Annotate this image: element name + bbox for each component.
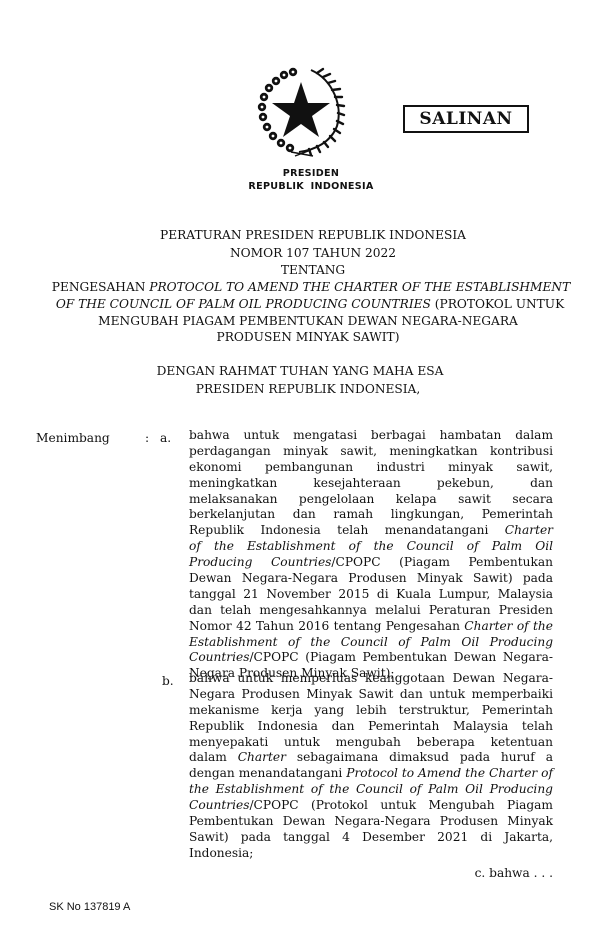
paragraph-line: Establishment of the Council of Palm Oil…: [189, 635, 553, 651]
item-marker-a: a.: [160, 431, 171, 445]
considering-paragraph-a: bahwa untuk mengatasi berbagai hambatan …: [189, 428, 553, 682]
paragraph-line: dengan menandatangani Protocol to Amend …: [189, 766, 553, 782]
paragraph-line: menyepakati untuk mengubah beberapa kete…: [189, 735, 553, 751]
paragraph-line: Dewan Negara-Negara Produsen Minyak Sawi…: [189, 571, 553, 587]
menimbang-label: Menimbang: [36, 431, 110, 445]
paragraph-line: Producing Countries/CPOPC (Piagam Pemben…: [189, 555, 553, 571]
paragraph-line: the Establishment of the Council of Palm…: [189, 782, 553, 798]
paragraph-line: dan telah mengesahkannya melalui Peratur…: [189, 603, 553, 619]
paragraph-line: meningkatkan kesejahteraan pekebun, dan: [189, 476, 553, 492]
sk-number: SK No 137819 A: [49, 901, 130, 913]
paragraph-line: berkelanjutan dan ramah lingkungan, Peme…: [189, 507, 553, 523]
paragraph-line: Pembentukan Dewan Negara-Negara Produsen…: [189, 814, 553, 830]
paragraph-line: bahwa untuk mengatasi berbagai hambatan …: [189, 428, 553, 444]
paragraph-line: Republik Indonesia telah menandatangani …: [189, 523, 553, 539]
subject-line-1: PENGESAHAN PROTOCOL TO AMEND THE CHARTER…: [3, 280, 616, 294]
paragraph-line: Countries/CPOPC (Protokol untuk Mengubah…: [189, 798, 553, 814]
republik-indonesia-label: REPUBLIK INDONESIA: [3, 181, 616, 192]
garuda-star-emblem-icon: [253, 66, 349, 158]
menimbang-colon: :: [145, 431, 149, 445]
preamble-line-1: DENGAN RAHMAT TUHAN YANG MAHA ESA: [0, 364, 608, 378]
salinan-stamp: SALINAN: [403, 105, 529, 133]
subject-line-2: OF THE COUNCIL OF PALM OIL PRODUCING COU…: [2, 297, 616, 311]
paragraph-line: perdagangan minyak sawit, meningkatkan k…: [189, 444, 553, 460]
subject-line-4: PRODUSEN MINYAK SAWIT): [0, 330, 616, 344]
paragraph-line: tanggal 21 November 2015 di Kuala Lumpur…: [189, 587, 553, 603]
paragraph-line: Republik Indonesia dan Pemerintah Malays…: [189, 719, 553, 735]
document-page: SALINAN PRESIDEN REPUBLIK INDONESIA PERA…: [0, 0, 616, 941]
regulation-number: NOMOR 107 TAHUN 2022: [5, 246, 616, 260]
page-continuation-marker: c. bahwa . . .: [475, 866, 553, 880]
paragraph-line: Countries/CPOPC (Piagam Pembentukan Dewa…: [189, 650, 553, 666]
regulation-title: PERATURAN PRESIDEN REPUBLIK INDONESIA: [5, 228, 616, 242]
preamble-line-2: PRESIDEN REPUBLIK INDONESIA,: [0, 382, 616, 396]
paragraph-line: Indonesia;: [189, 846, 553, 862]
subject-line-3: MENGUBAH PIAGAM PEMBENTUKAN DEWAN NEGARA…: [0, 314, 616, 328]
paragraph-line: ekonomi pembangunan industri minyak sawi…: [189, 460, 553, 476]
item-marker-b: b.: [162, 674, 174, 688]
paragraph-line: melaksanakan pengelolaan kelapa sawit se…: [189, 492, 553, 508]
paragraph-line: mekanisme kerja yang lebih terstruktur, …: [189, 703, 553, 719]
paragraph-line: Nomor 42 Tahun 2016 tentang Pengesahan C…: [189, 619, 553, 635]
paragraph-line: Negara Produsen Minyak Sawit dan untuk m…: [189, 687, 553, 703]
paragraph-line: dalam Charter sebagaimana dimaksud pada …: [189, 750, 553, 766]
regulation-about-label: TENTANG: [5, 263, 616, 277]
considering-paragraph-b: bahwa untuk memperluas keanggotaan Dewan…: [189, 671, 553, 862]
paragraph-line: Sawit) pada tanggal 4 Desember 2021 di J…: [189, 830, 553, 846]
paragraph-line: of the Establishment of the Council of P…: [189, 539, 553, 555]
presiden-label: PRESIDEN: [3, 168, 616, 179]
paragraph-line: bahwa untuk memperluas keanggotaan Dewan…: [189, 671, 553, 687]
